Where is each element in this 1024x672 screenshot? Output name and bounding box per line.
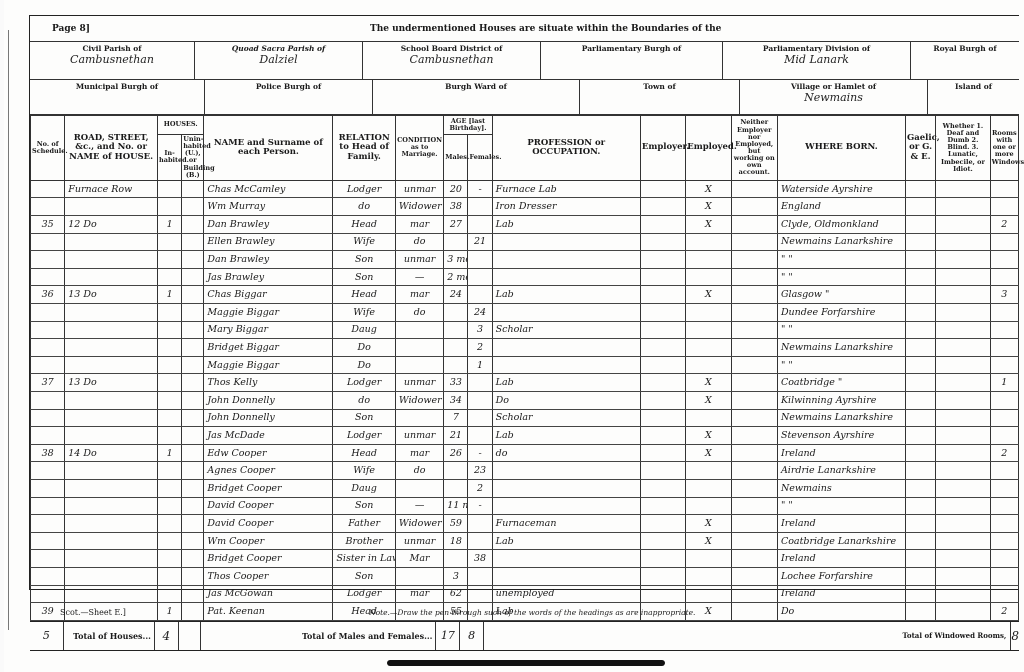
occupation: Do <box>492 391 640 409</box>
age-female: 21 <box>468 233 492 251</box>
schedule-number <box>31 462 65 480</box>
person-name: Jas McGowan <box>204 585 333 603</box>
road-address <box>65 479 158 497</box>
occupation: Lab <box>492 216 640 234</box>
parliamentary-division-field: Parliamentary Division of Mid Lanark <box>723 42 911 79</box>
schedule-number <box>31 321 65 339</box>
relation-to-head: Sister in Law <box>333 550 396 568</box>
own-account-mark <box>731 532 777 550</box>
employed-mark: X <box>686 444 731 462</box>
employer-mark <box>640 268 685 286</box>
employer-mark <box>640 374 685 392</box>
occupation: Lab <box>492 286 640 304</box>
schedule-number <box>31 479 65 497</box>
infirmity <box>936 356 990 374</box>
marital-condition: Widower <box>395 198 443 216</box>
own-account-mark <box>731 374 777 392</box>
windowed-rooms <box>990 479 1018 497</box>
col-schedule: No. of Schedule. <box>31 116 65 181</box>
table-row: David CooperFatherWidower59FurnacemanXIr… <box>31 515 1019 533</box>
person-name: Dan Brawley <box>204 251 333 269</box>
employer-mark <box>640 233 685 251</box>
marital-condition <box>395 339 443 357</box>
age-female: 24 <box>468 304 492 322</box>
infirmity <box>936 585 990 603</box>
age-female: - <box>468 444 492 462</box>
own-account-mark <box>731 216 777 234</box>
infirmity <box>936 339 990 357</box>
infirmity <box>936 567 990 585</box>
relation-to-head: Lodger <box>333 427 396 445</box>
footer-note: Note.—Draw the pen through such of the w… <box>369 608 695 617</box>
marital-condition: do <box>395 462 443 480</box>
windowed-rooms <box>990 233 1018 251</box>
marital-condition <box>395 321 443 339</box>
employed-mark: X <box>686 532 731 550</box>
employed-mark <box>686 321 731 339</box>
employed-mark <box>686 409 731 427</box>
inhabited-count <box>158 515 182 533</box>
road-address <box>65 532 158 550</box>
census-rows: Furnace RowChas McCamleyLodgerunmar20-Fu… <box>31 180 1019 620</box>
age-female: 3 <box>468 321 492 339</box>
person-name: Chas Biggar <box>204 286 333 304</box>
infirmity <box>936 251 990 269</box>
gaelic <box>905 550 935 568</box>
schedule-number <box>31 180 65 198</box>
table-row: 3814 Do1Edw CooperHeadmar26-doXIreland2 <box>31 444 1019 462</box>
gaelic <box>905 391 935 409</box>
gaelic <box>905 462 935 480</box>
person-name: Chas McCamley <box>204 180 333 198</box>
inhabited-count <box>158 374 182 392</box>
windowed-rooms: 3 <box>990 286 1018 304</box>
windowed-rooms <box>990 427 1018 445</box>
age-male <box>444 304 468 322</box>
relation-to-head: Wife <box>333 462 396 480</box>
road-address <box>65 233 158 251</box>
employer-mark <box>640 550 685 568</box>
inhabited-count <box>158 427 182 445</box>
road-address <box>65 251 158 269</box>
road-address <box>65 462 158 480</box>
uninhabited-count <box>182 567 204 585</box>
road-address <box>65 550 158 568</box>
uninhabited-count <box>182 251 204 269</box>
occupation: Furnaceman <box>492 515 640 533</box>
relation-to-head: Lodger <box>333 585 396 603</box>
marital-condition: — <box>395 497 443 515</box>
uninhabited-count <box>182 427 204 445</box>
person-name: Jas Brawley <box>204 268 333 286</box>
own-account-mark <box>731 198 777 216</box>
relation-to-head: Son <box>333 251 396 269</box>
age-female: 2 <box>468 339 492 357</box>
inhabited-count: 1 <box>158 286 182 304</box>
road-address <box>65 321 158 339</box>
schedule-number <box>31 409 65 427</box>
home-indicator[interactable] <box>387 660 665 666</box>
own-account-mark <box>731 286 777 304</box>
occupation <box>492 462 640 480</box>
total-rooms-label: Total of Windowed Rooms, <box>484 622 1011 650</box>
infirmity <box>936 603 990 621</box>
uninhabited-count <box>182 532 204 550</box>
windowed-rooms <box>990 409 1018 427</box>
uninhabited-count <box>182 339 204 357</box>
age-female: 1 <box>468 356 492 374</box>
uninhabited-count <box>182 233 204 251</box>
relation-to-head: Wife <box>333 233 396 251</box>
age-male: 59 <box>444 515 468 533</box>
uninhabited-count <box>182 216 204 234</box>
person-name: Wm Murray <box>204 198 333 216</box>
col-employed: Employed. <box>686 116 731 181</box>
employer-mark <box>640 515 685 533</box>
total-uninhabited <box>179 622 201 650</box>
uninhabited-count <box>182 180 204 198</box>
birthplace: Ireland <box>777 444 905 462</box>
gaelic <box>905 532 935 550</box>
inhabited-count <box>158 233 182 251</box>
uninhabited-count <box>182 603 204 621</box>
employed-mark: X <box>686 391 731 409</box>
schedule-number: 37 <box>31 374 65 392</box>
employer-mark <box>640 427 685 445</box>
birthplace: Newmains Lanarkshire <box>777 339 905 357</box>
employer-mark <box>640 198 685 216</box>
marital-condition: Widower <box>395 391 443 409</box>
uninhabited-count <box>182 198 204 216</box>
birthplace: " " <box>777 251 905 269</box>
employed-mark <box>686 233 731 251</box>
gaelic <box>905 180 935 198</box>
inhabited-count: 1 <box>158 216 182 234</box>
road-address: 12 Do <box>65 216 158 234</box>
relation-to-head: Head <box>333 444 396 462</box>
age-male: 38 <box>444 198 468 216</box>
age-male: 2 mo <box>444 268 468 286</box>
own-account-mark <box>731 409 777 427</box>
relation-to-head: Son <box>333 268 396 286</box>
col-profession: PROFESSION or OCCUPATION. <box>492 116 640 181</box>
age-female: - <box>468 180 492 198</box>
relation-to-head: Wife <box>333 304 396 322</box>
employer-mark <box>640 567 685 585</box>
uninhabited-count <box>182 585 204 603</box>
col-rooms: Rooms with one or more Windows. <box>990 116 1018 181</box>
relation-to-head: Daug <box>333 321 396 339</box>
employer-mark <box>640 444 685 462</box>
parliamentary-burgh-field: Parliamentary Burgh of <box>541 42 723 79</box>
col-females: Females. <box>468 135 492 181</box>
employed-mark <box>686 462 731 480</box>
windowed-rooms <box>990 515 1018 533</box>
person-name: Jas McDade <box>204 427 333 445</box>
marital-condition: mar <box>395 585 443 603</box>
total-males: 17 <box>436 622 460 650</box>
inhabited-count <box>158 321 182 339</box>
infirmity <box>936 268 990 286</box>
road-address: 13 Do <box>65 374 158 392</box>
age-male <box>444 356 468 374</box>
employed-mark: X <box>686 216 731 234</box>
road-address <box>65 585 158 603</box>
employed-mark <box>686 268 731 286</box>
infirmity <box>936 321 990 339</box>
employed-mark <box>686 304 731 322</box>
marital-condition: unmar <box>395 251 443 269</box>
census-table: No. of Schedule. ROAD, STREET, &c., and … <box>30 115 1019 621</box>
age-male: 62 <box>444 585 468 603</box>
age-male: 24 <box>444 286 468 304</box>
marital-condition <box>395 567 443 585</box>
marital-condition: Widower <box>395 515 443 533</box>
windowed-rooms: 2 <box>990 444 1018 462</box>
occupation <box>492 251 640 269</box>
marital-condition: unmar <box>395 374 443 392</box>
birthplace: " " <box>777 268 905 286</box>
inhabited-count <box>158 391 182 409</box>
uninhabited-count <box>182 391 204 409</box>
marital-condition: do <box>395 233 443 251</box>
infirmity <box>936 304 990 322</box>
occupation: Lab <box>492 532 640 550</box>
gaelic <box>905 427 935 445</box>
age-male: 11 mo <box>444 497 468 515</box>
quoad-sacra-parish-field: Quoad Sacra Parish of Dalziel <box>195 42 363 79</box>
relation-to-head: Son <box>333 409 396 427</box>
table-row: Dan BrawleySonunmar3 mo" " <box>31 251 1019 269</box>
relation-to-head: Son <box>333 497 396 515</box>
infirmity <box>936 479 990 497</box>
own-account-mark <box>731 356 777 374</box>
gaelic <box>905 356 935 374</box>
gaelic <box>905 567 935 585</box>
marital-condition: unmar <box>395 180 443 198</box>
table-row: 3713 DoThos KellyLodgerunmar33LabXCoatbr… <box>31 374 1019 392</box>
schedule-number <box>31 567 65 585</box>
schedule-number <box>31 391 65 409</box>
age-female <box>468 286 492 304</box>
col-name: NAME and Surname of each Person. <box>204 116 333 181</box>
person-name: John Donnelly <box>204 409 333 427</box>
age-female <box>468 409 492 427</box>
age-male: 27 <box>444 216 468 234</box>
inhabited-count: 1 <box>158 444 182 462</box>
schedule-number: 35 <box>31 216 65 234</box>
person-name: Edw Cooper <box>204 444 333 462</box>
marital-condition <box>395 356 443 374</box>
marital-condition <box>395 479 443 497</box>
relation-to-head: Head <box>333 216 396 234</box>
own-account-mark <box>731 321 777 339</box>
sheet-label: Scot.—Sheet E.] <box>60 608 126 617</box>
infirmity <box>936 532 990 550</box>
employer-mark <box>640 409 685 427</box>
person-name: Ellen Brawley <box>204 233 333 251</box>
burgh-ward-field: Burgh Ward of <box>373 80 580 114</box>
age-male: 3 <box>444 567 468 585</box>
road-address <box>65 356 158 374</box>
road-address: Furnace Row <box>65 180 158 198</box>
person-name: Mary Biggar <box>204 321 333 339</box>
windowed-rooms: 1 <box>990 374 1018 392</box>
table-row: Mary BiggarDaug3Scholar" " <box>31 321 1019 339</box>
infirmity <box>936 515 990 533</box>
gaelic <box>905 268 935 286</box>
infirmity <box>936 180 990 198</box>
col-neither: Neither Employer nor Employed, but worki… <box>731 116 777 181</box>
birthplace: " " <box>777 356 905 374</box>
inhabited-count <box>158 550 182 568</box>
relation-to-head: Lodger <box>333 374 396 392</box>
age-female <box>468 198 492 216</box>
birthplace: Clyde, Oldmonkland <box>777 216 905 234</box>
uninhabited-count <box>182 268 204 286</box>
marital-condition: do <box>395 304 443 322</box>
employer-mark <box>640 497 685 515</box>
gaelic <box>905 233 935 251</box>
occupation: do <box>492 444 640 462</box>
gaelic <box>905 304 935 322</box>
employer-mark <box>640 479 685 497</box>
own-account-mark <box>731 567 777 585</box>
birthplace: Stevenson Ayrshire <box>777 427 905 445</box>
marital-condition: unmar <box>395 427 443 445</box>
windowed-rooms <box>990 304 1018 322</box>
occupation <box>492 339 640 357</box>
windowed-rooms <box>990 339 1018 357</box>
schedule-number <box>31 233 65 251</box>
employed-mark: X <box>686 374 731 392</box>
table-row: Ellen BrawleyWifedo21Newmains Lanarkshir… <box>31 233 1019 251</box>
uninhabited-count <box>182 374 204 392</box>
age-male: 34 <box>444 391 468 409</box>
age-female: - <box>468 497 492 515</box>
uninhabited-count <box>182 462 204 480</box>
schedule-number <box>31 339 65 357</box>
gaelic <box>905 251 935 269</box>
employed-mark: X <box>686 180 731 198</box>
inhabited-count <box>158 304 182 322</box>
age-female: 23 <box>468 462 492 480</box>
windowed-rooms <box>990 497 1018 515</box>
inhabited-count <box>158 462 182 480</box>
windowed-rooms <box>990 251 1018 269</box>
col-employer: Employer. <box>640 116 685 181</box>
road-address <box>65 409 158 427</box>
windowed-rooms <box>990 462 1018 480</box>
col-road: ROAD, STREET, &c., and No. or NAME of HO… <box>65 116 158 181</box>
birthplace: Coatbridge " <box>777 374 905 392</box>
schedule-number <box>31 268 65 286</box>
schedule-number <box>31 427 65 445</box>
schedule-number <box>31 585 65 603</box>
windowed-rooms <box>990 268 1018 286</box>
birthplace: Airdrie Lanarkshire <box>777 462 905 480</box>
occupation <box>492 304 640 322</box>
own-account-mark <box>731 339 777 357</box>
infirmity <box>936 427 990 445</box>
page-number: Page 8] <box>30 24 370 34</box>
employer-mark <box>640 216 685 234</box>
age-male: 3 mo <box>444 251 468 269</box>
marital-condition: — <box>395 268 443 286</box>
schedule-number <box>31 198 65 216</box>
person-name: Maggie Biggar <box>204 304 333 322</box>
employer-mark <box>640 339 685 357</box>
windowed-rooms <box>990 550 1018 568</box>
person-name: David Cooper <box>204 515 333 533</box>
birthplace: Ireland <box>777 585 905 603</box>
road-address <box>65 268 158 286</box>
person-name: John Donnelly <box>204 391 333 409</box>
road-address <box>65 515 158 533</box>
occupation <box>492 233 640 251</box>
civil-parish-field: Civil Parish of Cambusnethan <box>30 42 195 79</box>
gaelic <box>905 198 935 216</box>
uninhabited-count <box>182 515 204 533</box>
age-female <box>468 567 492 585</box>
birthplace: Ireland <box>777 550 905 568</box>
infirmity <box>936 497 990 515</box>
infirmity <box>936 216 990 234</box>
uninhabited-count <box>182 304 204 322</box>
total-persons-label: Total of Males and Females... <box>201 622 437 650</box>
col-age: AGE [last Birthday]. <box>444 116 492 135</box>
birthplace: Dundee Forfarshire <box>777 304 905 322</box>
person-name: Agnes Cooper <box>204 462 333 480</box>
gaelic <box>905 444 935 462</box>
infirmity <box>936 444 990 462</box>
birthplace: Newmains <box>777 479 905 497</box>
relation-to-head: do <box>333 391 396 409</box>
table-row: Thos CooperSon3Lochee Forfarshire <box>31 567 1019 585</box>
village-hamlet-field: Village or Hamlet of Newmains <box>740 80 928 114</box>
own-account-mark <box>731 251 777 269</box>
table-row: David CooperSon—11 mo-" " <box>31 497 1019 515</box>
birthplace: Glasgow " <box>777 286 905 304</box>
occupation <box>492 356 640 374</box>
table-row: 3613 Do1Chas BiggarHeadmar24LabXGlasgow … <box>31 286 1019 304</box>
uninhabited-count <box>182 356 204 374</box>
relation-to-head: Daug <box>333 479 396 497</box>
inhabited-count <box>158 479 182 497</box>
gaelic <box>905 409 935 427</box>
age-male: 20 <box>444 180 468 198</box>
uninhabited-count <box>182 321 204 339</box>
col-relation: RELATION to Head of Family. <box>333 116 396 181</box>
age-male: 21 <box>444 427 468 445</box>
own-account-mark <box>731 497 777 515</box>
employer-mark <box>640 356 685 374</box>
employer-mark <box>640 462 685 480</box>
birthplace: Waterside Ayrshire <box>777 180 905 198</box>
person-name: Maggie Biggar <box>204 356 333 374</box>
age-female <box>468 427 492 445</box>
occupation: unemployed <box>492 585 640 603</box>
own-account-mark <box>731 180 777 198</box>
inhabited-count <box>158 532 182 550</box>
employer-mark <box>640 251 685 269</box>
gaelic <box>905 585 935 603</box>
employer-mark <box>640 321 685 339</box>
employed-mark <box>686 497 731 515</box>
age-male <box>444 339 468 357</box>
employed-mark: X <box>686 198 731 216</box>
gaelic <box>905 497 935 515</box>
